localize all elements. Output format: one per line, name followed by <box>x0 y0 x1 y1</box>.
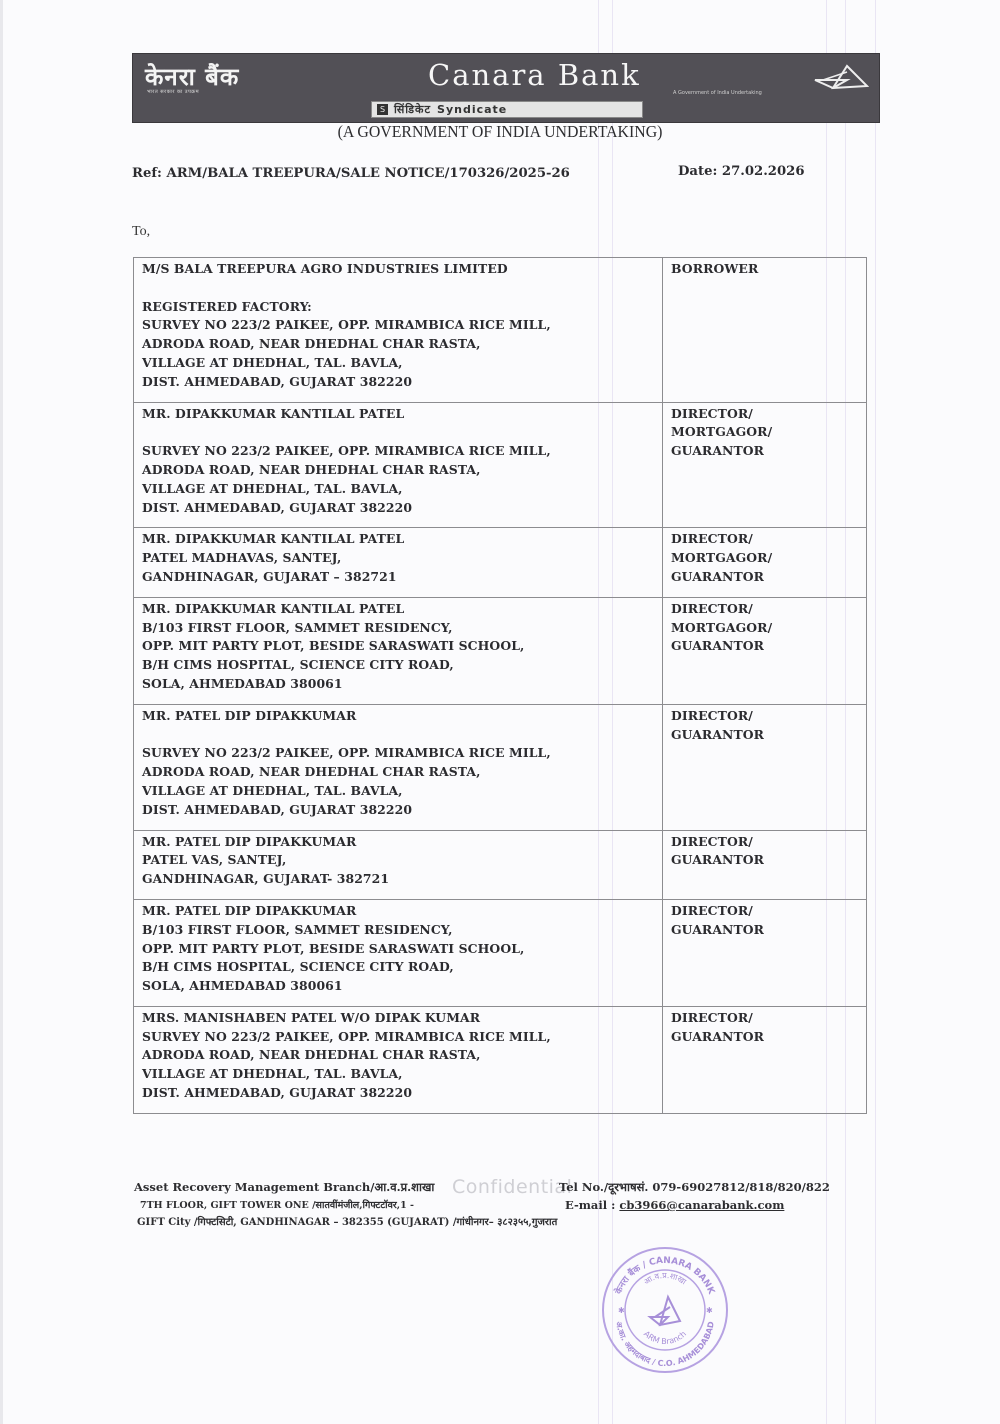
email-line: E-mail : cb3966@canarabank.com <box>559 1198 830 1212</box>
stamp-star-icon: ✱ <box>706 1306 713 1315</box>
party-address-line: ADRODA ROAD, NEAR DHEDHAL CHAR RASTA, <box>142 335 654 354</box>
party-role: GUARANTOR <box>671 568 858 587</box>
party-name-address-cell: MR. DIPAKKUMAR KANTILAL PATELB/103 FIRST… <box>134 597 663 704</box>
party-role: MORTGAGOR/ <box>671 549 858 568</box>
party-row: MRS. MANISHABEN PATEL W/O DIPAK KUMARSUR… <box>134 1006 867 1113</box>
spacer <box>142 726 654 745</box>
parties-table: M/S BALA TREEPURA AGRO INDUSTRIES LIMITE… <box>133 257 867 1114</box>
party-address-line: OPP. MIT PARTY PLOT, BESIDE SARASWATI SC… <box>142 940 654 959</box>
stamp-star-icon: ✱ <box>618 1306 625 1315</box>
bank-tagline-hindi: भारत सरकार का उपक्रम <box>147 89 199 95</box>
party-role-cell: DIRECTOR/MORTGAGOR/GUARANTOR <box>663 528 867 597</box>
stamp-inner-bottom-text: ARM Branch <box>642 1329 688 1346</box>
party-role-cell: BORROWER <box>663 258 867 403</box>
page-edge <box>0 0 3 1424</box>
party-name-address-cell: MR. PATEL DIP DIPAKKUMARSURVEY NO 223/2 … <box>134 704 663 830</box>
party-row: MR. DIPAKKUMAR KANTILAL PATELSURVEY NO 2… <box>134 402 867 528</box>
party-name: MR. PATEL DIP DIPAKKUMAR <box>142 833 654 852</box>
party-address-line: SOLA, AHMEDABAD 380061 <box>142 977 654 996</box>
reference-number: Ref: ARM/BALA TREEPURA/SALE NOTICE/17032… <box>132 166 570 181</box>
party-name-address-cell: MR. DIPAKKUMAR KANTILAL PATELPATEL MADHA… <box>134 528 663 597</box>
party-role-cell: DIRECTOR/GUARANTOR <box>663 1006 867 1113</box>
party-address-line: SOLA, AHMEDABAD 380061 <box>142 675 654 694</box>
party-role: BORROWER <box>671 260 858 279</box>
branch-address-line-1: 7TH FLOOR, GIFT TOWER ONE /सातवींमंजील,ग… <box>134 1198 557 1211</box>
party-name-address-cell: MR. DIPAKKUMAR KANTILAL PATELSURVEY NO 2… <box>134 402 663 528</box>
party-name-address-cell: MR. PATEL DIP DIPAKKUMARB/103 FIRST FLOO… <box>134 899 663 1006</box>
stamp-logo-icon <box>650 1297 680 1325</box>
party-name: MR. DIPAKKUMAR KANTILAL PATEL <box>142 530 654 549</box>
party-row: MR. DIPAKKUMAR KANTILAL PATELB/103 FIRST… <box>134 597 867 704</box>
party-name: MR. DIPAKKUMAR KANTILAL PATEL <box>142 405 654 424</box>
party-address-line: ADRODA ROAD, NEAR DHEDHAL CHAR RASTA, <box>142 461 654 480</box>
party-row: MR. DIPAKKUMAR KANTILAL PATELPATEL MADHA… <box>134 528 867 597</box>
scan-artifact-line <box>875 0 876 1424</box>
party-role-cell: DIRECTOR/MORTGAGOR/GUARANTOR <box>663 402 867 528</box>
party-role-cell: DIRECTOR/MORTGAGOR/GUARANTOR <box>663 597 867 704</box>
party-address-line: B/103 FIRST FLOOR, SAMMET RESIDENCY, <box>142 921 654 940</box>
party-role: DIRECTOR/ <box>671 833 858 852</box>
spacer <box>142 423 654 442</box>
party-role: GUARANTOR <box>671 637 858 656</box>
branch-seal-stamp: केनरा बैंक / CANARA BANK अ.का. अहमदाबाद … <box>600 1245 730 1375</box>
party-name: M/S BALA TREEPURA AGRO INDUSTRIES LIMITE… <box>142 260 654 279</box>
party-role: MORTGAGOR/ <box>671 619 858 638</box>
party-row: MR. PATEL DIP DIPAKKUMARPATEL VAS, SANTE… <box>134 830 867 899</box>
party-address-line: DIST. AHMEDABAD, GUJARAT 382220 <box>142 1084 654 1103</box>
spacer <box>142 279 654 298</box>
email-link[interactable]: cb3966@canarabank.com <box>619 1198 784 1212</box>
party-address-line: ADRODA ROAD, NEAR DHEDHAL CHAR RASTA, <box>142 1046 654 1065</box>
party-row: M/S BALA TREEPURA AGRO INDUSTRIES LIMITE… <box>134 258 867 403</box>
party-address-line: B/H CIMS HOSPITAL, SCIENCE CITY ROAD, <box>142 656 654 675</box>
party-role: GUARANTOR <box>671 726 858 745</box>
confidential-watermark: Confidential <box>452 1176 572 1198</box>
bank-tagline-english: A Government of India Undertaking <box>673 90 762 96</box>
svg-text:ARM Branch: ARM Branch <box>642 1329 688 1346</box>
letter-date: Date: 27.02.2026 <box>678 164 805 179</box>
syndicate-english: Syndicate <box>437 103 507 116</box>
party-address-line: VILLAGE AT DHEDHAL, TAL. BAVLA, <box>142 1065 654 1084</box>
party-role: DIRECTOR/ <box>671 707 858 726</box>
syndicate-logo-icon: S <box>377 104 388 115</box>
party-row: MR. PATEL DIP DIPAKKUMARSURVEY NO 223/2 … <box>134 704 867 830</box>
party-role: GUARANTOR <box>671 1028 858 1047</box>
bank-name-english: Canara Bank <box>428 58 641 92</box>
party-name-address-cell: MRS. MANISHABEN PATEL W/O DIPAK KUMARSUR… <box>134 1006 663 1113</box>
party-address-line: DIST. AHMEDABAD, GUJARAT 382220 <box>142 801 654 820</box>
party-name-address-cell: M/S BALA TREEPURA AGRO INDUSTRIES LIMITE… <box>134 258 663 403</box>
party-role: GUARANTOR <box>671 442 858 461</box>
party-role-cell: DIRECTOR/GUARANTOR <box>663 899 867 1006</box>
party-role: MORTGAGOR/ <box>671 423 858 442</box>
party-address-line: GANDHINAGAR, GUJARAT – 382721 <box>142 568 654 587</box>
party-name-address-cell: MR. PATEL DIP DIPAKKUMARPATEL VAS, SANTE… <box>134 830 663 899</box>
party-address-line: GANDHINAGAR, GUJARAT- 382721 <box>142 870 654 889</box>
contact-block: Tel No./दूरभाषसं. 079-69027812/818/820/8… <box>559 1180 830 1212</box>
party-role: DIRECTOR/ <box>671 405 858 424</box>
party-name: MR. DIPAKKUMAR KANTILAL PATEL <box>142 600 654 619</box>
telephone-numbers: Tel No./दूरभाषसं. 079-69027812/818/820/8… <box>559 1180 830 1195</box>
party-role: DIRECTOR/ <box>671 902 858 921</box>
party-role: DIRECTOR/ <box>671 600 858 619</box>
party-name: MR. PATEL DIP DIPAKKUMAR <box>142 902 654 921</box>
canara-bank-triangle-logo-icon <box>813 64 869 90</box>
government-undertaking-line: (A GOVERNMENT OF INDIA UNDERTAKING) <box>20 122 980 142</box>
party-address-line: B/H CIMS HOSPITAL, SCIENCE CITY ROAD, <box>142 958 654 977</box>
party-address-line: SURVEY NO 223/2 PAIKEE, OPP. MIRAMBICA R… <box>142 744 654 763</box>
party-address-line: VILLAGE AT DHEDHAL, TAL. BAVLA, <box>142 782 654 801</box>
party-role: DIRECTOR/ <box>671 1009 858 1028</box>
party-role-cell: DIRECTOR/GUARANTOR <box>663 830 867 899</box>
branch-address-line-2: GIFT City /गिफ्टसिटी, GANDHINAGAR – 3823… <box>134 1214 557 1228</box>
party-address-line: PATEL MADHAVAS, SANTEJ, <box>142 549 654 568</box>
party-address-line: REGISTERED FACTORY: <box>142 298 654 317</box>
party-address-line: PATEL VAS, SANTEJ, <box>142 851 654 870</box>
party-role: GUARANTOR <box>671 851 858 870</box>
email-label: E-mail : <box>565 1198 619 1212</box>
party-address-line: SURVEY NO 223/2 PAIKEE, OPP. MIRAMBICA R… <box>142 1028 654 1047</box>
party-address-line: SURVEY NO 223/2 PAIKEE, OPP. MIRAMBICA R… <box>142 316 654 335</box>
syndicate-badge: S सिंडिकेट Syndicate <box>371 101 643 118</box>
party-address-line: ADRODA ROAD, NEAR DHEDHAL CHAR RASTA, <box>142 763 654 782</box>
party-address-line: SURVEY NO 223/2 PAIKEE, OPP. MIRAMBICA R… <box>142 442 654 461</box>
party-role: DIRECTOR/ <box>671 530 858 549</box>
salutation: To, <box>132 224 150 240</box>
party-address-line: B/103 FIRST FLOOR, SAMMET RESIDENCY, <box>142 619 654 638</box>
party-name: MRS. MANISHABEN PATEL W/O DIPAK KUMAR <box>142 1009 654 1028</box>
party-name: MR. PATEL DIP DIPAKKUMAR <box>142 707 654 726</box>
party-address-line: VILLAGE AT DHEDHAL, TAL. BAVLA, <box>142 354 654 373</box>
syndicate-hindi: सिंडिकेट <box>394 102 431 117</box>
party-address-line: DIST. AHMEDABAD, GUJARAT 382220 <box>142 499 654 518</box>
party-address-line: VILLAGE AT DHEDHAL, TAL. BAVLA, <box>142 480 654 499</box>
party-address-line: DIST. AHMEDABAD, GUJARAT 382220 <box>142 373 654 392</box>
party-row: MR. PATEL DIP DIPAKKUMARB/103 FIRST FLOO… <box>134 899 867 1006</box>
letterhead-banner: केनरा बैंक भारत सरकार का उपक्रम Canara B… <box>132 53 880 123</box>
party-role-cell: DIRECTOR/GUARANTOR <box>663 704 867 830</box>
party-address-line: OPP. MIT PARTY PLOT, BESIDE SARASWATI SC… <box>142 637 654 656</box>
party-role: GUARANTOR <box>671 921 858 940</box>
